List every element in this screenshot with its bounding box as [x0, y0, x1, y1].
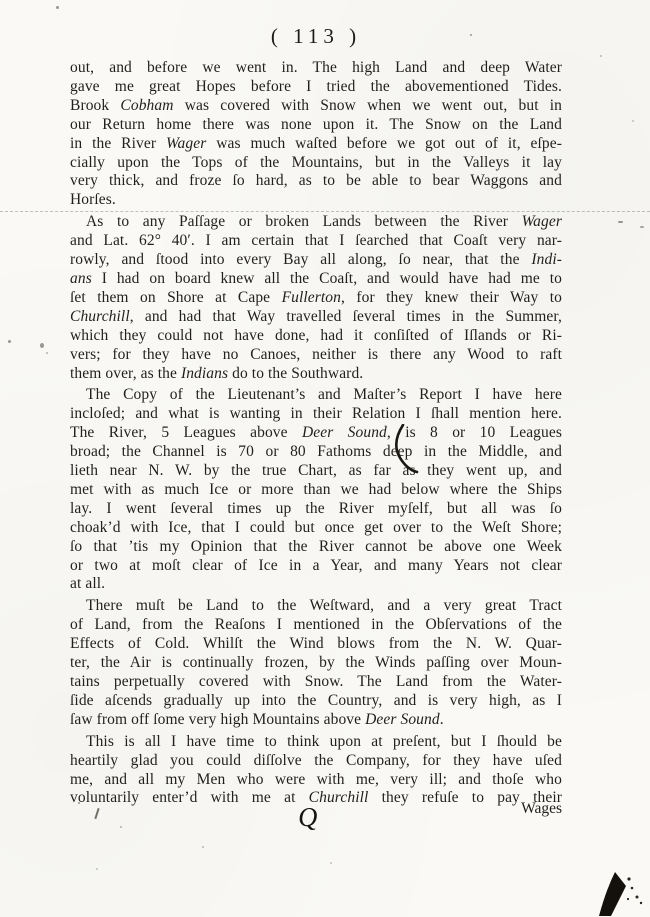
text-line: ſet them on Shore at Cape Fullerton, for… [70, 289, 562, 308]
text-line: of Land, from the Reaſons I mentioned in… [70, 616, 562, 635]
ink-speck [640, 226, 644, 228]
text-block: out, and before we went in. The high Lan… [70, 59, 562, 808]
signature-row: Q Wages [70, 800, 562, 836]
text-line: lay. I went ſeveral times up the River m… [70, 500, 562, 519]
paragraph: out, and before we went in. The high Lan… [70, 59, 562, 210]
text-line: ter, the Air is continually frozen, by t… [70, 654, 562, 673]
text-line: Effects of Cold. Whilſt the Wind blows f… [70, 635, 562, 654]
paragraph: There muſt be Land to the Weſtward, and … [70, 597, 562, 729]
text-line: lieth near N. W. by the true Chart, as f… [70, 462, 562, 481]
text-line: ſaw from off ſome very high Mountains ab… [70, 711, 562, 730]
catchword: Wages [521, 800, 562, 818]
text-line: very thick, and froze ſo hard, as to be … [70, 172, 562, 191]
ink-speck [600, 55, 602, 57]
text-line: choak’d with Ice, that I could but once … [70, 519, 562, 538]
text-line: out, and before we went in. The high Lan… [70, 59, 562, 78]
text-line: our Return home there was none upon it. … [70, 116, 562, 135]
text-line: met with as much Ice or more than we had… [70, 481, 562, 500]
text-line: rowly, and ſtood into every Bay all alon… [70, 251, 562, 270]
ink-speck [40, 343, 44, 348]
text-line: The River, 5 Leagues above Deer Sound, i… [70, 424, 562, 443]
text-line: which they could not have done, had it c… [70, 327, 562, 346]
text-line: cially upon the Tops of the Mountains, b… [70, 154, 562, 173]
ink-speck [78, 802, 80, 804]
text-line: them over, as the Indians do to the Sout… [70, 365, 562, 384]
text-line: me, and all my Men who were with me, ver… [70, 771, 562, 790]
text-line: or two at moſt clear of Ice in a Year, a… [70, 557, 562, 576]
text-line: and Lat. 62° 40′. I am certain that I ſe… [70, 232, 562, 251]
text-line: in the River Wager was much waſted befor… [70, 135, 562, 154]
text-line: There muſt be Land to the Weſtward, and … [70, 597, 562, 616]
ink-speck [120, 826, 122, 828]
book-page: ( 113 ) out, and before we went in. The … [0, 0, 650, 917]
ink-blot [585, 866, 647, 917]
page-number: ( 113 ) [70, 24, 562, 49]
ink-speck [470, 34, 472, 36]
signature-mark: Q [297, 801, 319, 833]
text-line: This is all I have time to think upon at… [70, 733, 562, 752]
text-line: tains perpetually covered with Snow. The… [70, 673, 562, 692]
text-line: incloſed; and what is wanting in their R… [70, 405, 562, 424]
paragraph: As to any Paſſage or broken Lands betwee… [70, 213, 562, 383]
ink-speck [8, 340, 11, 343]
text-line: broad; the Channel is 70 or 80 Fathoms d… [70, 443, 562, 462]
text-line: at all. [70, 575, 562, 594]
ink-speck [618, 221, 623, 223]
paragraph: The Copy of the Lieutenant’s and Maſter’… [70, 386, 562, 594]
ink-speck [96, 868, 98, 870]
paragraph: This is all I have time to think upon at… [70, 733, 562, 809]
ink-speck [46, 352, 48, 354]
text-line: Horſes. [70, 191, 562, 210]
text-line: Brook Cobham was covered with Snow when … [70, 97, 562, 116]
text-line: As to any Paſſage or broken Lands betwee… [70, 213, 562, 232]
text-line: Churchill, and had that Way travelled ſe… [70, 308, 562, 327]
text-line: ans I had on board knew all the Coaſt, a… [70, 270, 562, 289]
text-line: ſo that ’tis my Opinion that the River c… [70, 538, 562, 557]
ink-speck [330, 862, 332, 864]
text-line: ſide aſcends gradually up into the Count… [70, 692, 562, 711]
ink-speck [202, 846, 204, 848]
ink-speck [56, 6, 59, 9]
text-line: heartily glad you could diſſolve the Com… [70, 752, 562, 771]
text-line: The Copy of the Lieutenant’s and Maſter’… [70, 386, 562, 405]
ink-speck [632, 120, 634, 122]
text-line: gave me great Hopes before I tried the a… [70, 78, 562, 97]
text-line: vers; for they have no Canoes, neither i… [70, 346, 562, 365]
